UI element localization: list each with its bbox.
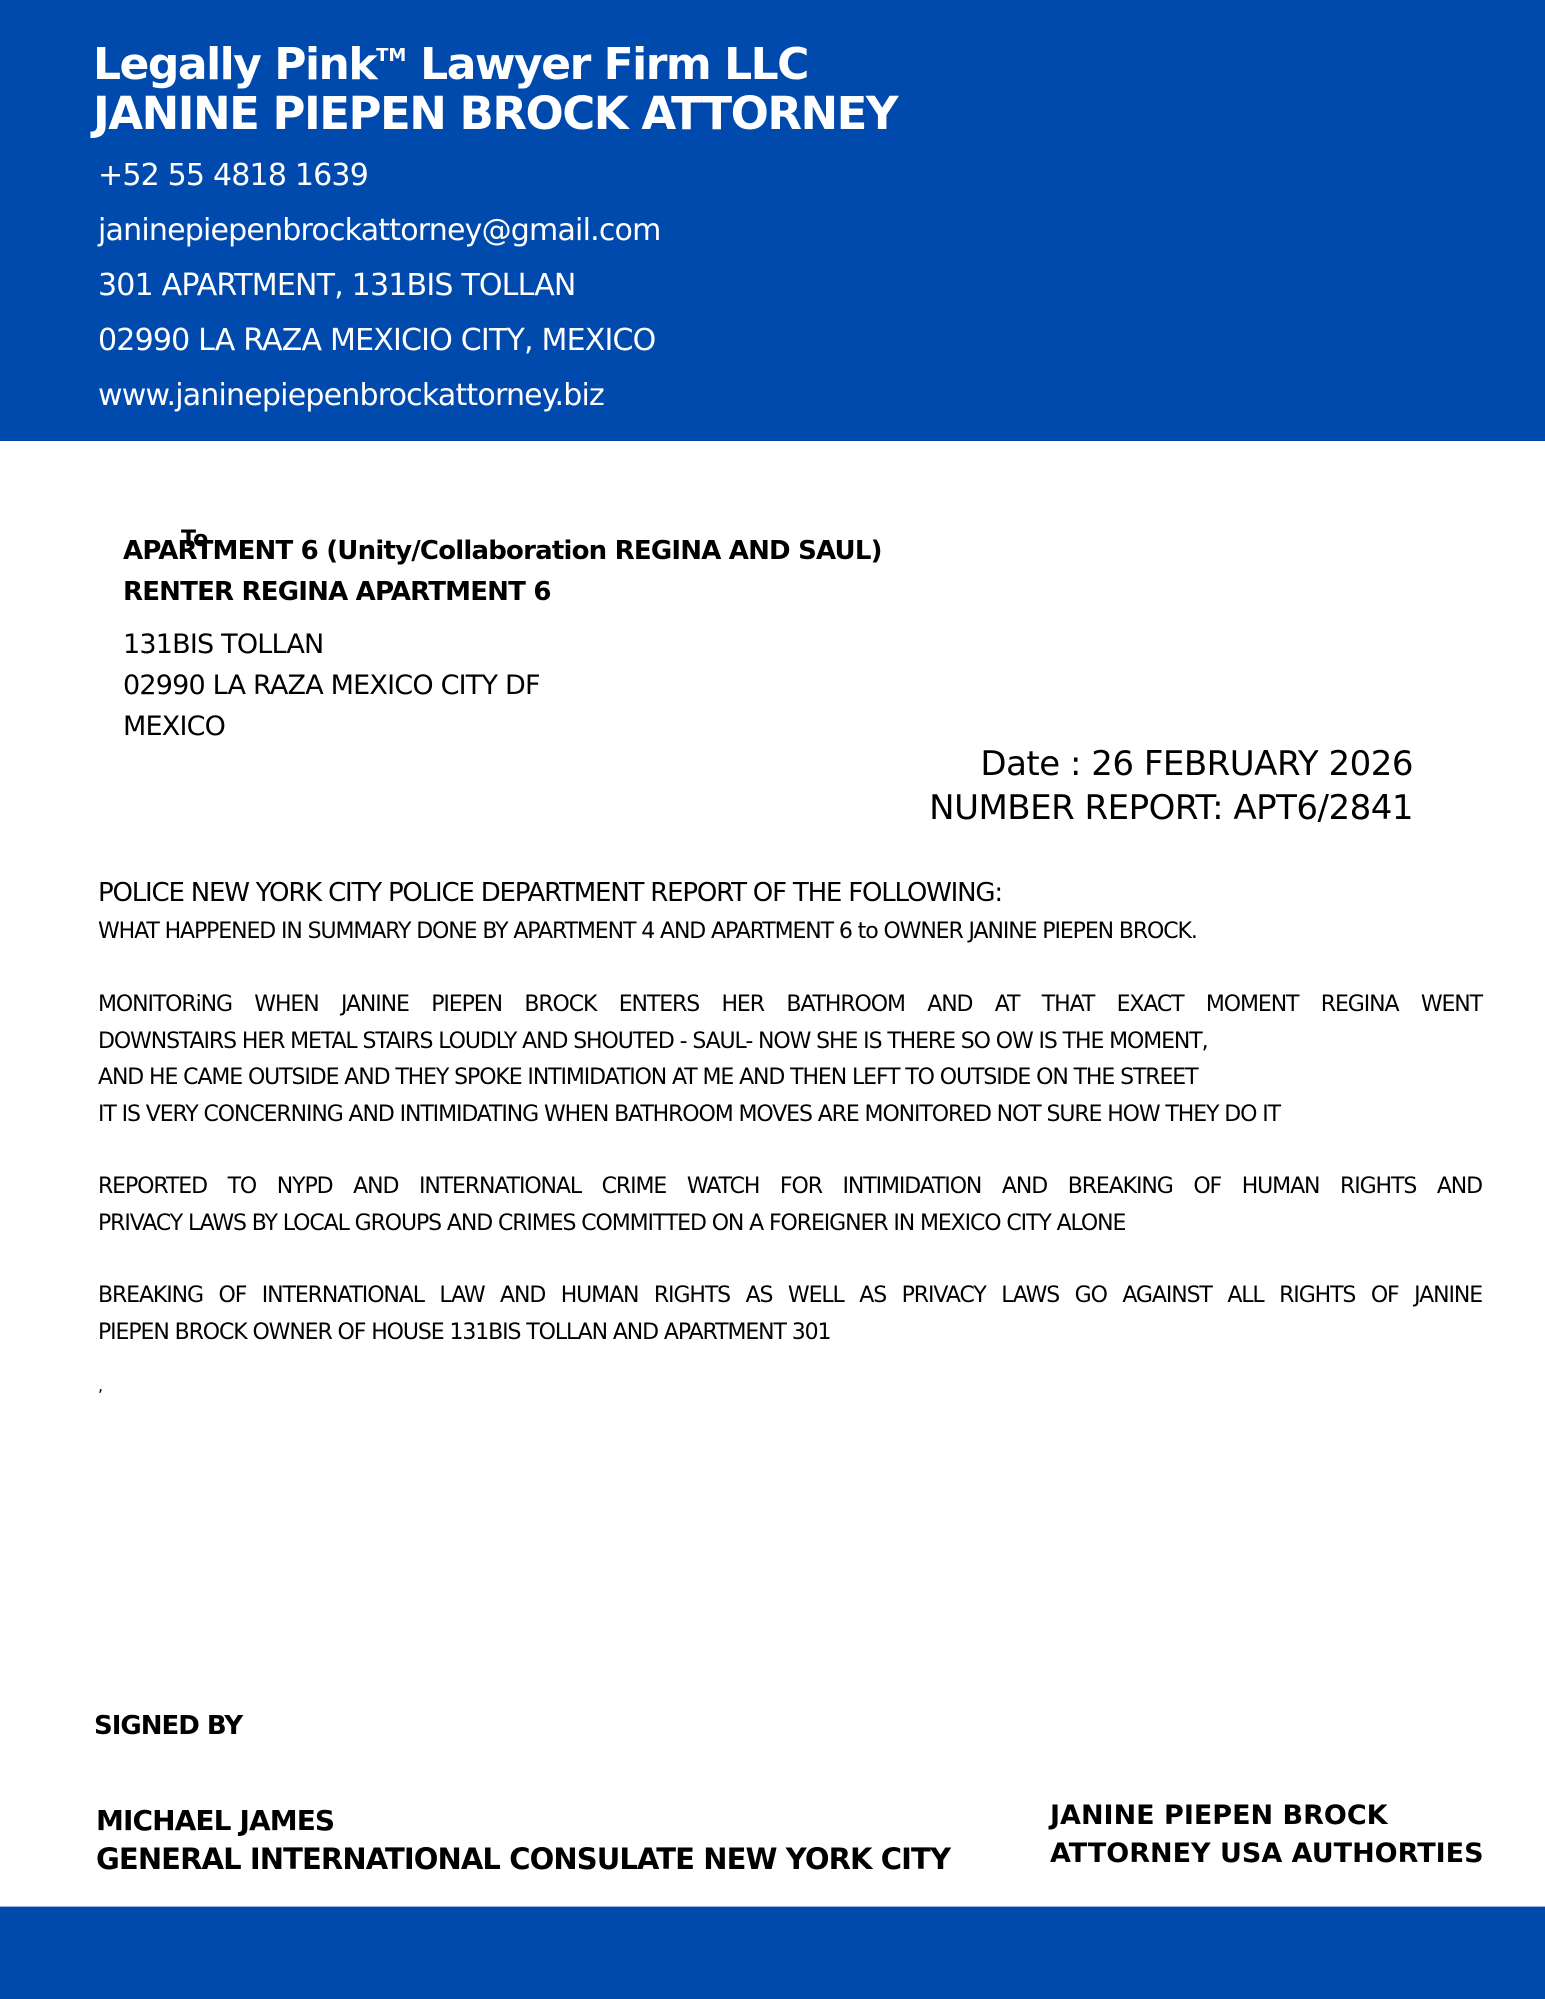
report-meta: Date : 26 FEBRUARY 2026 NUMBER REPORT: A… bbox=[929, 742, 1413, 830]
recipient-address-line: 02990 LA RAZA MEXICO CITY DF bbox=[123, 668, 540, 704]
signature-right: JANINE PIEPEN BROCK ATTORNEY USA AUTHORT… bbox=[1050, 1797, 1484, 1873]
paragraph-line: AND HE CAME OUTSIDE AND THEY SPOKE INTIM… bbox=[98, 1060, 1482, 1097]
contact-address-line2: 02990 LA RAZA MEXICIO CITY, MEXICO bbox=[98, 321, 656, 361]
trademark-symbol: TM bbox=[376, 45, 406, 66]
paragraph-line: REPORTED TO NYPD AND INTERNATIONAL CRIME… bbox=[98, 1169, 1482, 1206]
paragraph-line: MONITORiNG WHEN JANINE PIEPEN BROCK ENTE… bbox=[98, 987, 1482, 1024]
signature-left: MICHAEL JAMES GENERAL INTERNATIONAL CONS… bbox=[96, 1802, 950, 1878]
contact-email: janinepiepenbrockattorney@gmail.com bbox=[98, 211, 661, 251]
report-date: Date : 26 FEBRUARY 2026 bbox=[929, 742, 1413, 786]
signed-by-label: SIGNED BY bbox=[94, 1708, 242, 1744]
paragraph-line: BREAKING OF INTERNATIONAL LAW AND HUMAN … bbox=[98, 1278, 1482, 1315]
letterhead-banner: Legally PinkTM Lawyer Firm LLC JANINE PI… bbox=[0, 0, 1545, 441]
recipient-address-line: 131BIS TOLLAN bbox=[123, 627, 323, 663]
signer-title: ATTORNEY USA AUTHORTIES bbox=[1050, 1835, 1484, 1873]
paragraph-line: PIEPEN BROCK OWNER OF HOUSE 131BIS TOLLA… bbox=[98, 1315, 1482, 1352]
contact-phone: +52 55 4818 1639 bbox=[98, 156, 368, 196]
firm-name-main: Legally Pink bbox=[93, 39, 376, 90]
signer-name: JANINE PIEPEN BROCK bbox=[1050, 1797, 1484, 1835]
signer-title: GENERAL INTERNATIONAL CONSULATE NEW YORK… bbox=[96, 1840, 950, 1878]
recipient-line2: RENTER REGINA APARTMENT 6 bbox=[123, 574, 551, 610]
recipient-overlap-glyph: To bbox=[181, 528, 208, 552]
report-heading: POLICE NEW YORK CITY POLICE DEPARTMENT R… bbox=[98, 876, 1002, 910]
signer-name: MICHAEL JAMES bbox=[96, 1802, 950, 1840]
recipient-line1: APARTMENT 6 (Unity/Collaboration REGINA … bbox=[123, 533, 882, 569]
stray-comma: , bbox=[98, 1376, 103, 1396]
footer-banner bbox=[0, 1906, 1545, 1999]
body-paragraph-reported: REPORTED TO NYPD AND INTERNATIONAL CRIME… bbox=[98, 1169, 1482, 1242]
paragraph-line: DOWNSTAIRS HER METAL STAIRS LOUDLY AND S… bbox=[98, 1024, 1482, 1061]
body-paragraph-incident: MONITORiNG WHEN JANINE PIEPEN BROCK ENTE… bbox=[98, 987, 1482, 1133]
recipient-address-line: MEXICO bbox=[123, 709, 225, 745]
attorney-name: JANINE PIEPEN BROCK ATTORNEY bbox=[93, 84, 897, 144]
report-number: NUMBER REPORT: APT6/2841 bbox=[929, 786, 1413, 830]
contact-website: www.janinepiepenbrockattorney.biz bbox=[98, 376, 604, 416]
report-subheading: WHAT HAPPENED IN SUMMARY DONE BY APARTME… bbox=[98, 916, 1197, 948]
paragraph-line: PRIVACY LAWS BY LOCAL GROUPS AND CRIMES … bbox=[98, 1206, 1482, 1243]
firm-name-suffix: Lawyer Firm LLC bbox=[406, 39, 808, 90]
contact-address-line1: 301 APARTMENT, 131BIS TOLLAN bbox=[98, 266, 576, 306]
paragraph-line: IT IS VERY CONCERNING AND INTIMIDATING W… bbox=[98, 1097, 1482, 1134]
body-paragraph-rights: BREAKING OF INTERNATIONAL LAW AND HUMAN … bbox=[98, 1278, 1482, 1351]
